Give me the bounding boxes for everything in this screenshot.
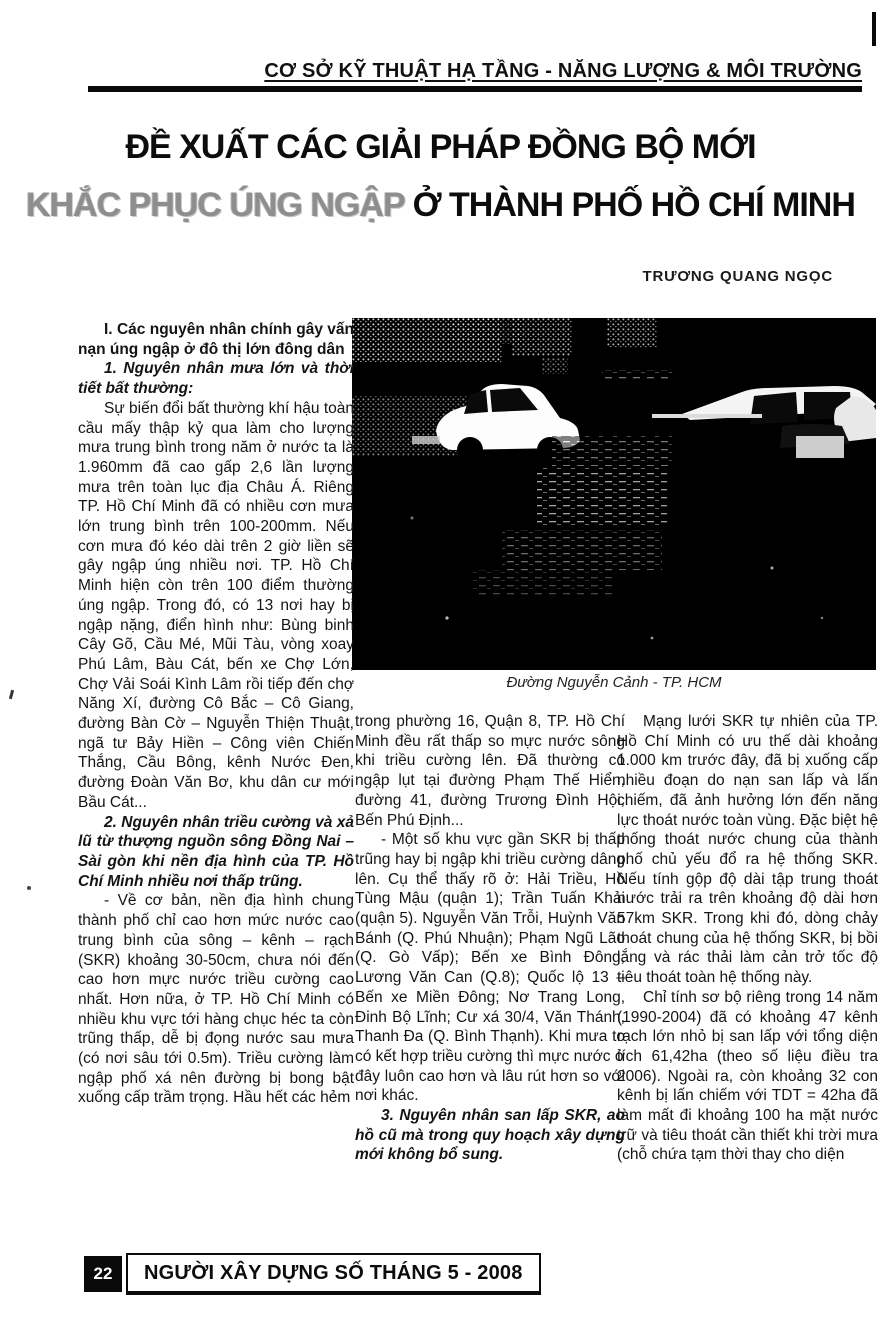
scan-artifact-mark bbox=[9, 690, 14, 699]
scanned-article-page: CƠ SỞ KỸ THUẬT HẠ TẦNG - NĂNG LƯỢNG & MÔ… bbox=[0, 0, 881, 1337]
paragraph-subheading: 1. Nguyên nhân mưa lớn và thời tiết bất … bbox=[78, 359, 354, 398]
section-header-label: CƠ SỞ KỸ THUẬT HẠ TẦNG - NĂNG LƯỢNG & MÔ… bbox=[264, 60, 862, 82]
footer-page-number: 22 bbox=[84, 1256, 122, 1292]
paragraph-body: - Một số khu vực gần SKR bị thấp trũng h… bbox=[355, 830, 625, 1106]
article-photo bbox=[352, 318, 876, 670]
paragraph-subheading: 2. Nguyên nhân triều cường và xả lũ từ t… bbox=[78, 813, 354, 892]
scan-artifact-mark bbox=[872, 12, 876, 46]
footer-journal-title: NGƯỜI XÂY DỰNG SỐ THÁNG 5 - 2008 bbox=[126, 1253, 541, 1295]
section-header: CƠ SỞ KỸ THUẬT HẠ TẦNG - NĂNG LƯỢNG & MÔ… bbox=[88, 60, 862, 92]
photo-caption: Đường Nguyễn Cảnh - TP. HCM bbox=[352, 674, 876, 691]
author-byline: TRƯƠNG QUANG NGỌC bbox=[0, 268, 833, 285]
paragraph-body: - Về cơ bản, nền địa hình chung thành ph… bbox=[78, 891, 354, 1108]
text-column-2: trong phường 16, Quận 8, TP. Hồ Chí Minh… bbox=[355, 712, 625, 1165]
paragraph-continuation: trong phường 16, Quận 8, TP. Hồ Chí Minh… bbox=[355, 712, 625, 830]
paragraph-subheading: 3. Nguyên nhân san lấp SKR, ao hồ cũ mà … bbox=[355, 1106, 625, 1165]
text-column-1: I. Các nguyên nhân chính gây vấn nạn úng… bbox=[78, 320, 354, 1108]
scan-artifact-mark bbox=[27, 886, 31, 890]
paragraph-body: Sự biến đổi bất thường khí hậu toàn cầu … bbox=[78, 399, 354, 813]
paragraph-heading: I. Các nguyên nhân chính gây vấn nạn úng… bbox=[78, 320, 354, 359]
article-title-solid-segment: Ở THÀNH PHỐ HỒ CHÍ MINH bbox=[413, 186, 855, 224]
text-column-3: Mạng lưới SKR tự nhiên của TP. Hồ Chí Mi… bbox=[617, 712, 878, 1165]
paragraph-body: Mạng lưới SKR tự nhiên của TP. Hồ Chí Mi… bbox=[617, 712, 878, 988]
article-title-distressed-segment: KHẮC PHỤC ÚNG NGẬP bbox=[26, 186, 404, 224]
flooded-street-photo-illustration bbox=[352, 318, 876, 670]
article-title-line1: ĐỀ XUẤT CÁC GIẢI PHÁP ĐỒNG BỘ MỚI bbox=[0, 128, 881, 167]
article-title-line2: KHẮC PHỤC ÚNG NGẬP Ở THÀNH PHỐ HỒ CHÍ MI… bbox=[0, 186, 881, 225]
paragraph-body: Chỉ tính sơ bộ riêng trong 14 năm (1990-… bbox=[617, 988, 878, 1165]
